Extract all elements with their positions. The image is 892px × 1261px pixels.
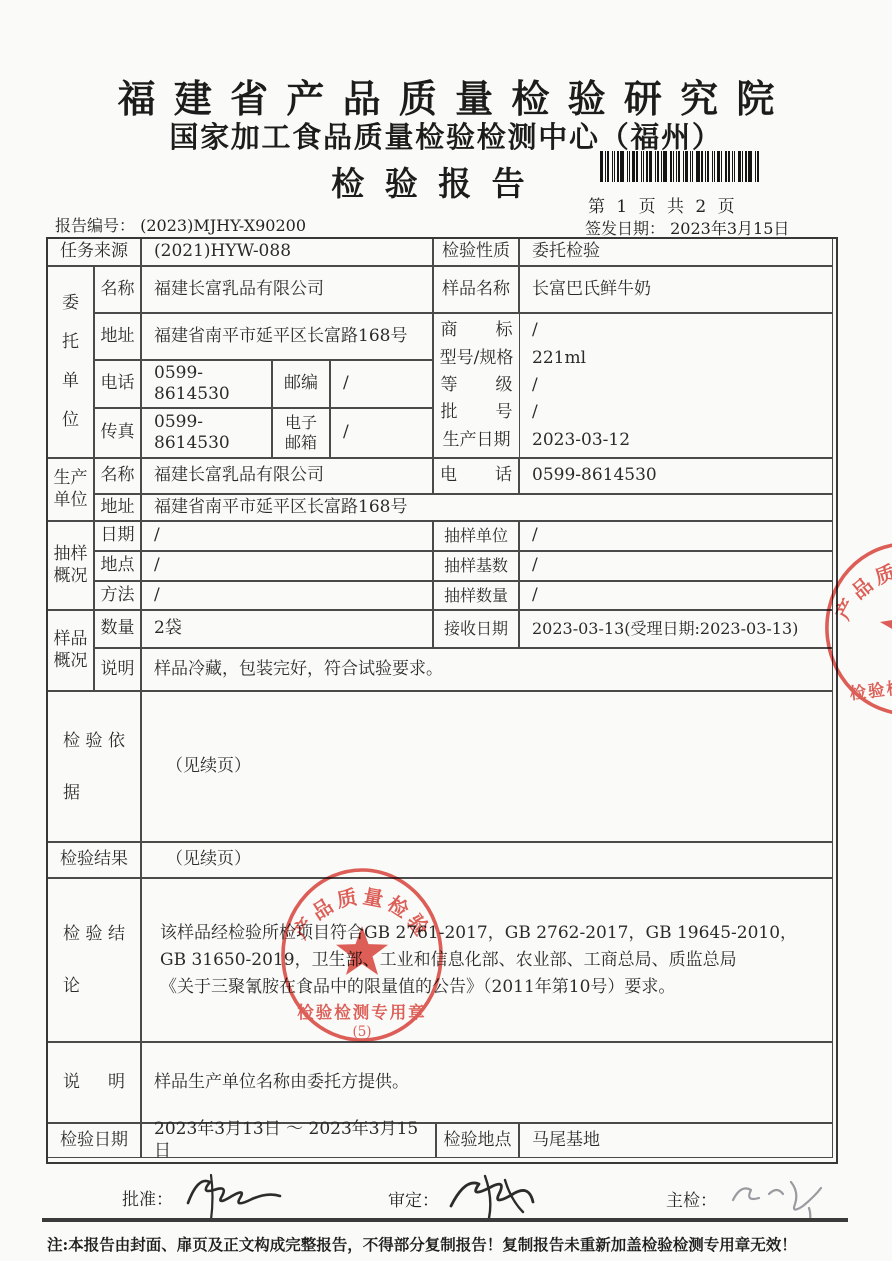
inspection-date-label: 检验日期 [47,1123,141,1158]
inspector-signature [725,1170,830,1222]
inspection-nature-label: 检验性质 [433,238,519,266]
client-address-label: 地址 [94,313,141,360]
sample-name-value: 长富巴氏鲜牛奶 [519,266,833,313]
grade-value: / [532,375,538,396]
footer-note: 注:本报告由封面、扉页及正文构成完整报告，不得部分复制报告！复制报告未重新加盖检… [47,1233,867,1255]
client-zip-label: 邮编 [272,360,330,408]
sampling-date-label: 日期 [94,521,141,551]
sampling-group-label: 抽样概况 [47,521,94,610]
producer-address-label: 地址 [94,494,141,521]
client-fax-label: 传真 [94,408,141,458]
edge-seal-caption: 检验检测专用章 [848,668,892,704]
producer-group-label: 生产单位 [47,458,94,521]
sampling-method-value: / [141,581,433,610]
report-number-label: 报告编号： [55,216,135,235]
producer-phone-value: 0599-8614530 [519,458,833,494]
client-fax-value: 0599-8614530 [141,408,272,458]
sampling-qty-value: / [519,581,833,610]
client-email-value: / [330,408,433,458]
review-signature [445,1168,540,1223]
inspection-nature-value: 委托检验 [519,238,833,266]
sampling-date-value: / [141,521,433,551]
client-zip-value: / [330,360,433,408]
basis-label: 检验依据 [47,691,141,842]
inspection-seal: 产品质量检验 检验检测专用章 (5) [278,866,446,1044]
approve-signature [180,1168,292,1223]
client-address-value: 福建省南平市延平区长富路168号 [141,313,433,360]
client-name-label: 名称 [94,266,141,313]
issue-date: 签发日期： 2023年3月15日 [585,216,789,239]
producer-name-label: 名称 [94,458,141,494]
conclusion-line: 该样品经检验所检项目符合GB 2761-2017，GB 2762-2017，GB… [160,920,797,947]
result-label: 检验结果 [47,842,141,878]
overview-group-label: 样品概况 [47,610,94,691]
sampling-unit-value: / [519,521,833,551]
sampling-base-label: 抽样基数 [433,551,519,581]
report-number: 报告编号： (2023)MJHY-X90200 [55,213,306,236]
note-label: 说明 [47,1042,141,1123]
seal-star-icon [336,926,388,975]
grade-label: 等级 [441,375,513,396]
sample-attributes-block: 商标 型号/规格 等级 批号 生产日期 / 221ml / / 2023-03-… [433,313,833,458]
batch-label: 批号 [441,402,513,423]
sampling-method-label: 方法 [94,581,141,610]
client-group-label: 委托单位 [47,266,94,458]
seal-number: (5) [352,1024,371,1040]
client-email-label: 电子邮箱 [272,408,330,458]
trademark-value: / [532,320,538,341]
sampling-base-value: / [519,551,833,581]
barcode [590,151,772,182]
inspection-place-label: 检验地点 [436,1123,519,1158]
conclusion-line: GB 31650-2019，卫生部、工业和信息化部、农业部、工商总局、质监总局 [160,947,737,974]
seal-caption: 检验检测专用章 [297,1002,427,1022]
sampling-place-value: / [141,551,433,581]
center-subtitle: 国家加工食品质量检验检测中心（福州） [0,115,892,156]
footer-divider [42,1218,848,1222]
model-value: 221ml [532,348,586,369]
conclusion-value: 该样品经检验所检项目符合GB 2761-2017，GB 2762-2017，GB… [141,878,833,1042]
prod-date-value: 2023-03-12 [532,430,630,451]
inspector-label: 主检： [666,1186,717,1211]
received-date-label: 接收日期 [433,610,519,648]
overview-desc-value: 样品冷藏，包装完好，符合试验要求。 [141,648,833,691]
result-value: （见续页） [141,842,833,878]
overview-qty-value: 2袋 [141,610,433,648]
approve-label: 批准： [122,1185,173,1210]
client-phone-value: 0599-8614530 [141,360,272,408]
basis-value: （见续页） [141,691,833,842]
overview-desc-label: 说明 [94,648,141,691]
overview-qty-label: 数量 [94,610,141,648]
issue-date-label: 签发日期： [585,219,665,238]
page-info: 第 1 页 共 2 页 [588,192,738,217]
sample-name-label: 样品名称 [433,266,519,313]
inspection-place-value: 马尾基地 [519,1123,833,1158]
sampling-unit-label: 抽样单位 [433,521,519,551]
received-date-value: 2023-03-13(受理日期:2023-03-13) [519,610,833,648]
producer-name-value: 福建长富乳品有限公司 [141,458,433,494]
edge-seal-star-icon [878,597,892,652]
trademark-label: 商标 [441,320,513,341]
client-name-value: 福建长富乳品有限公司 [141,266,433,313]
conclusion-label: 检验结论 [47,878,141,1042]
issue-date-value: 2023年3月15日 [670,219,789,238]
sampling-qty-label: 抽样数量 [433,581,519,610]
batch-value: / [532,402,538,423]
client-phone-label: 电话 [94,360,141,408]
sampling-place-label: 地点 [94,551,141,581]
scanned-report-page: { "header": { "institute": "福建省产品质量检验研究院… [0,0,892,1261]
inspection-date-value: 2023年3月13日 ～ 2023年3月15日 [141,1123,436,1158]
task-source-value: (2021)HYW-088 [141,238,433,266]
task-source-label: 任务来源 [47,238,141,266]
report-number-value: (2023)MJHY-X90200 [140,216,306,235]
model-label: 型号/规格 [440,348,514,369]
review-label: 审定： [388,1186,439,1211]
prod-date-label: 生产日期 [443,430,511,451]
producer-address-value: 福建省南平市延平区长富路168号 [141,494,833,521]
producer-phone-label: 电话 [433,458,519,494]
note-value: 样品生产单位名称由委托方提供。 [141,1042,833,1123]
